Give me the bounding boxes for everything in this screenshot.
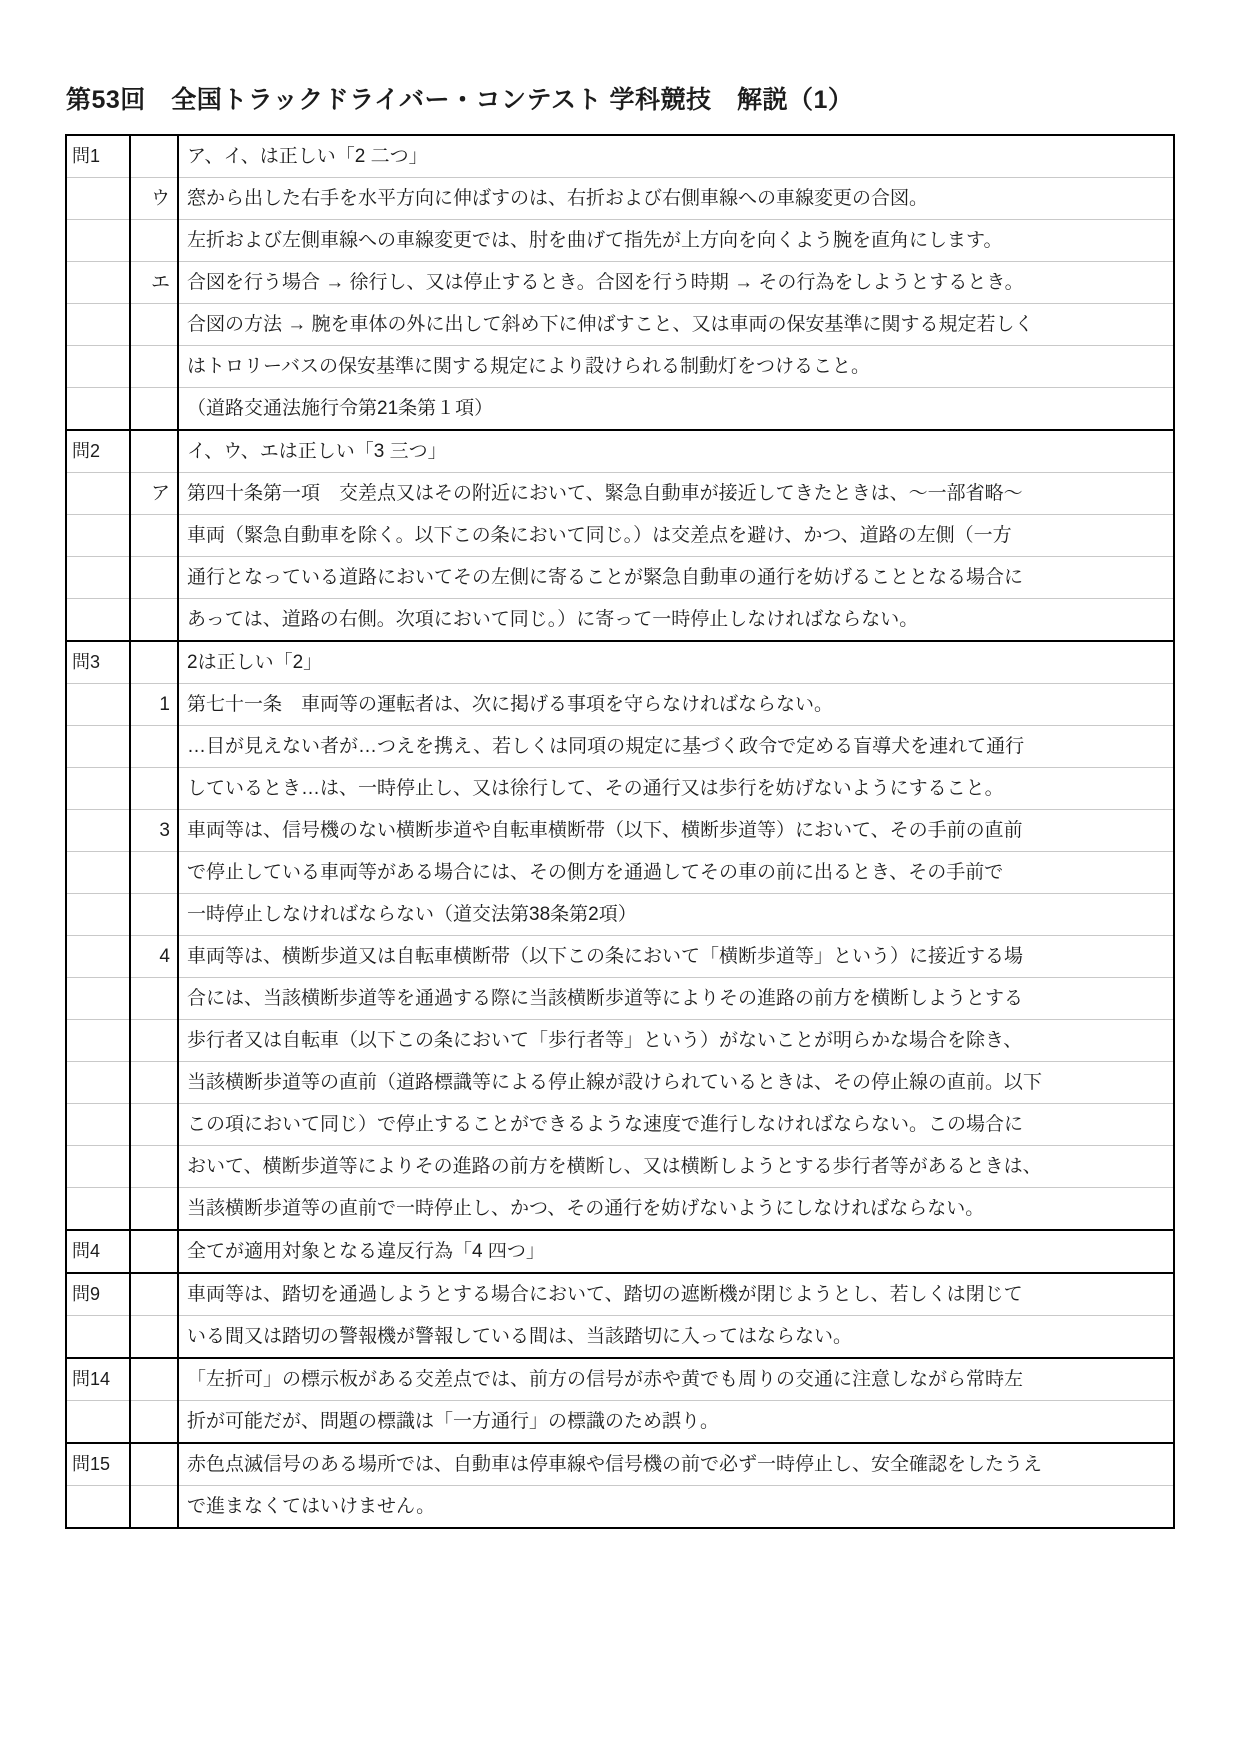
table-row: 一時停止しなければならない（道交法第38条第2項）	[66, 894, 1174, 936]
question-number-cell	[66, 262, 130, 304]
sub-label-cell	[130, 726, 178, 768]
question-number-cell	[66, 852, 130, 894]
sub-label-cell	[130, 1230, 178, 1273]
question-number-cell	[66, 515, 130, 557]
question-number-cell: 問4	[66, 1230, 130, 1273]
question-number-cell	[66, 768, 130, 810]
table-row: あっては、道路の右側。次項において同じ。）に寄って一時停止しなければならない。	[66, 599, 1174, 642]
explanation-text-cell: 当該横断歩道等の直前（道路標識等による停止線が設けられているときは、その停止線の…	[178, 1062, 1174, 1104]
explanation-text-cell: で停止している車両等がある場合には、その側方を通過してその車の前に出るとき、その…	[178, 852, 1174, 894]
table-row: で進まなくてはいけません。	[66, 1486, 1174, 1529]
sub-label-cell	[130, 1062, 178, 1104]
sub-label-cell: ア	[130, 473, 178, 515]
answer-table-body: 問1ア、イ、は正しい「2 二つ」ウ窓から出した右手を水平方向に伸ばすのは、右折お…	[66, 135, 1174, 1528]
sub-label-cell	[130, 135, 178, 178]
sub-label-cell	[130, 430, 178, 473]
table-row: で停止している車両等がある場合には、その側方を通過してその車の前に出るとき、その…	[66, 852, 1174, 894]
sub-label-cell: 1	[130, 684, 178, 726]
question-number-cell: 問9	[66, 1273, 130, 1316]
question-number-cell	[66, 1146, 130, 1188]
table-row: この項において同じ）で停止することができるような速度で進行しなければならない。こ…	[66, 1104, 1174, 1146]
explanation-text-cell: 合図の方法 → 腕を車体の外に出して斜め下に伸ばすこと、又は車両の保安基準に関す…	[178, 304, 1174, 346]
explanation-text-cell: いる間又は踏切の警報機が警報している間は、当該踏切に入ってはならない。	[178, 1316, 1174, 1359]
sub-label-cell	[130, 1020, 178, 1062]
table-row: おいて、横断歩道等によりその進路の前方を横断し、又は横断しようとする歩行者等があ…	[66, 1146, 1174, 1188]
question-number-cell	[66, 178, 130, 220]
sub-label-cell	[130, 557, 178, 599]
question-number-cell	[66, 304, 130, 346]
explanation-text-cell: イ、ウ、エは正しい「3 三つ」	[178, 430, 1174, 473]
table-row: 左折および左側車線への車線変更では、肘を曲げて指先が上方向を向くよう腕を直角にし…	[66, 220, 1174, 262]
explanation-text-cell: おいて、横断歩道等によりその進路の前方を横断し、又は横断しようとする歩行者等があ…	[178, 1146, 1174, 1188]
explanation-text-cell: 通行となっている道路においてその左側に寄ることが緊急自動車の通行を妨げることとな…	[178, 557, 1174, 599]
question-number-cell	[66, 557, 130, 599]
table-row: 4車両等は、横断歩道又は自転車横断帯（以下この条において「横断歩道等」という）に…	[66, 936, 1174, 978]
table-row: 1第七十一条 車両等の運転者は、次に掲げる事項を守らなければならない。	[66, 684, 1174, 726]
sub-label-cell	[130, 599, 178, 642]
sub-label-cell	[130, 1443, 178, 1486]
explanation-text-cell: 窓から出した右手を水平方向に伸ばすのは、右折および右側車線への車線変更の合図。	[178, 178, 1174, 220]
sub-label-cell	[130, 1401, 178, 1444]
sub-label-cell	[130, 1273, 178, 1316]
table-row: 当該横断歩道等の直前（道路標識等による停止線が設けられているときは、その停止線の…	[66, 1062, 1174, 1104]
table-row: 問32は正しい「2」	[66, 641, 1174, 684]
table-row: 問14「左折可」の標示板がある交差点では、前方の信号が赤や黄でも周りの交通に注意…	[66, 1358, 1174, 1401]
question-number-cell	[66, 388, 130, 431]
sub-label-cell: エ	[130, 262, 178, 304]
table-row: ア第四十条第一項 交差点又はその附近において、緊急自動車が接近してきたときは、～…	[66, 473, 1174, 515]
table-row: 問4全てが適用対象となる違反行為「4 四つ」	[66, 1230, 1174, 1273]
question-number-cell	[66, 1104, 130, 1146]
question-number-cell	[66, 978, 130, 1020]
question-number-cell	[66, 936, 130, 978]
explanation-text-cell: 車両（緊急自動車を除く。以下この条において同じ。）は交差点を避け、かつ、道路の左…	[178, 515, 1174, 557]
explanation-text-cell: 一時停止しなければならない（道交法第38条第2項）	[178, 894, 1174, 936]
question-number-cell: 問15	[66, 1443, 130, 1486]
explanation-text-cell: 第四十条第一項 交差点又はその附近において、緊急自動車が接近してきたときは、～一…	[178, 473, 1174, 515]
table-row: 問15赤色点滅信号のある場所では、自動車は停車線や信号機の前で必ず一時停止し、安…	[66, 1443, 1174, 1486]
table-row: はトロリーバスの保安基準に関する規定により設けられる制動灯をつけること。	[66, 346, 1174, 388]
sub-label-cell	[130, 1104, 178, 1146]
sub-label-cell: 3	[130, 810, 178, 852]
question-number-cell	[66, 1062, 130, 1104]
table-row: ウ窓から出した右手を水平方向に伸ばすのは、右折および右側車線への車線変更の合図。	[66, 178, 1174, 220]
question-number-cell: 問1	[66, 135, 130, 178]
sub-label-cell	[130, 852, 178, 894]
sub-label-cell	[130, 1316, 178, 1359]
table-row: 合には、当該横断歩道等を通過する際に当該横断歩道等によりその進路の前方を横断しよ…	[66, 978, 1174, 1020]
sub-label-cell	[130, 515, 178, 557]
explanation-text-cell: 2は正しい「2」	[178, 641, 1174, 684]
explanation-text-cell: 当該横断歩道等の直前で一時停止し、かつ、その通行を妨げないようにしなければならな…	[178, 1188, 1174, 1231]
question-number-cell	[66, 726, 130, 768]
question-number-cell	[66, 894, 130, 936]
question-number-cell	[66, 684, 130, 726]
explanation-text-cell: あっては、道路の右側。次項において同じ。）に寄って一時停止しなければならない。	[178, 599, 1174, 642]
table-row: 3車両等は、信号機のない横断歩道や自転車横断帯（以下、横断歩道等）において、その…	[66, 810, 1174, 852]
table-row: 問9車両等は、踏切を通過しようとする場合において、踏切の遮断機が閉じようとし、若…	[66, 1273, 1174, 1316]
explanation-text-cell: （道路交通法施行令第21条第１項）	[178, 388, 1174, 431]
sub-label-cell	[130, 346, 178, 388]
table-row: 問2イ、ウ、エは正しい「3 三つ」	[66, 430, 1174, 473]
question-number-cell	[66, 1020, 130, 1062]
question-number-cell	[66, 346, 130, 388]
explanation-text-cell: ア、イ、は正しい「2 二つ」	[178, 135, 1174, 178]
question-number-cell	[66, 473, 130, 515]
question-number-cell	[66, 810, 130, 852]
explanation-text-cell: 第七十一条 車両等の運転者は、次に掲げる事項を守らなければならない。	[178, 684, 1174, 726]
sub-label-cell: ウ	[130, 178, 178, 220]
table-row: 車両（緊急自動車を除く。以下この条において同じ。）は交差点を避け、かつ、道路の左…	[66, 515, 1174, 557]
table-row: いる間又は踏切の警報機が警報している間は、当該踏切に入ってはならない。	[66, 1316, 1174, 1359]
sub-label-cell	[130, 894, 178, 936]
table-row: 問1ア、イ、は正しい「2 二つ」	[66, 135, 1174, 178]
sub-label-cell	[130, 978, 178, 1020]
sub-label-cell	[130, 1188, 178, 1231]
explanation-text-cell: 「左折可」の標示板がある交差点では、前方の信号が赤や黄でも周りの交通に注意しなが…	[178, 1358, 1174, 1401]
explanation-text-cell: 左折および左側車線への車線変更では、肘を曲げて指先が上方向を向くよう腕を直角にし…	[178, 220, 1174, 262]
explanation-text-cell: 車両等は、踏切を通過しようとする場合において、踏切の遮断機が閉じようとし、若しく…	[178, 1273, 1174, 1316]
question-number-cell: 問14	[66, 1358, 130, 1401]
table-row: 折が可能だが、問題の標識は「一方通行」の標識のため誤り。	[66, 1401, 1174, 1444]
explanation-text-cell: …目が見えない者が…つえを携え、若しくは同項の規定に基づく政令で定める盲導犬を連…	[178, 726, 1174, 768]
explanation-text-cell: 全てが適用対象となる違反行為「4 四つ」	[178, 1230, 1174, 1273]
table-row: 当該横断歩道等の直前で一時停止し、かつ、その通行を妨げないようにしなければならな…	[66, 1188, 1174, 1231]
answer-table: 問1ア、イ、は正しい「2 二つ」ウ窓から出した右手を水平方向に伸ばすのは、右折お…	[65, 134, 1175, 1529]
document-page: 第53回 全国トラックドライバー・コンテスト 学科競技 解説（1） 問1ア、イ、…	[0, 0, 1241, 1755]
question-number-cell	[66, 1486, 130, 1529]
table-row: 通行となっている道路においてその左側に寄ることが緊急自動車の通行を妨げることとな…	[66, 557, 1174, 599]
explanation-text-cell: 赤色点滅信号のある場所では、自動車は停車線や信号機の前で必ず一時停止し、安全確認…	[178, 1443, 1174, 1486]
sub-label-cell	[130, 388, 178, 431]
sub-label-cell	[130, 220, 178, 262]
explanation-text-cell: この項において同じ）で停止することができるような速度で進行しなければならない。こ…	[178, 1104, 1174, 1146]
sub-label-cell	[130, 768, 178, 810]
question-number-cell	[66, 599, 130, 642]
question-number-cell: 問2	[66, 430, 130, 473]
page-title: 第53回 全国トラックドライバー・コンテスト 学科競技 解説（1）	[66, 80, 853, 116]
explanation-text-cell: はトロリーバスの保安基準に関する規定により設けられる制動灯をつけること。	[178, 346, 1174, 388]
explanation-text-cell: 車両等は、横断歩道又は自転車横断帯（以下この条において「横断歩道等」という）に接…	[178, 936, 1174, 978]
sub-label-cell	[130, 304, 178, 346]
question-number-cell	[66, 220, 130, 262]
explanation-text-cell: 折が可能だが、問題の標識は「一方通行」の標識のため誤り。	[178, 1401, 1174, 1444]
explanation-text-cell: 合には、当該横断歩道等を通過する際に当該横断歩道等によりその進路の前方を横断しよ…	[178, 978, 1174, 1020]
table-row: …目が見えない者が…つえを携え、若しくは同項の規定に基づく政令で定める盲導犬を連…	[66, 726, 1174, 768]
question-number-cell	[66, 1188, 130, 1231]
table-row: エ合図を行う場合 → 徐行し、又は停止するとき。合図を行う時期 → その行為をし…	[66, 262, 1174, 304]
explanation-text-cell: しているとき…は、一時停止し、又は徐行して、その通行又は歩行を妨げないようにする…	[178, 768, 1174, 810]
sub-label-cell	[130, 1358, 178, 1401]
question-number-cell	[66, 1316, 130, 1359]
table-row: 歩行者又は自転車（以下この条において「歩行者等」という）がないことが明らかな場合…	[66, 1020, 1174, 1062]
explanation-text-cell: 合図を行う場合 → 徐行し、又は停止するとき。合図を行う時期 → その行為をしよ…	[178, 262, 1174, 304]
table-row: （道路交通法施行令第21条第１項）	[66, 388, 1174, 431]
explanation-text-cell: で進まなくてはいけません。	[178, 1486, 1174, 1529]
explanation-text-cell: 車両等は、信号機のない横断歩道や自転車横断帯（以下、横断歩道等）において、その手…	[178, 810, 1174, 852]
sub-label-cell	[130, 1146, 178, 1188]
table-row: 合図の方法 → 腕を車体の外に出して斜め下に伸ばすこと、又は車両の保安基準に関す…	[66, 304, 1174, 346]
explanation-text-cell: 歩行者又は自転車（以下この条において「歩行者等」という）がないことが明らかな場合…	[178, 1020, 1174, 1062]
sub-label-cell: 4	[130, 936, 178, 978]
question-number-cell	[66, 1401, 130, 1444]
sub-label-cell	[130, 1486, 178, 1529]
sub-label-cell	[130, 641, 178, 684]
table-row: しているとき…は、一時停止し、又は徐行して、その通行又は歩行を妨げないようにする…	[66, 768, 1174, 810]
question-number-cell: 問3	[66, 641, 130, 684]
